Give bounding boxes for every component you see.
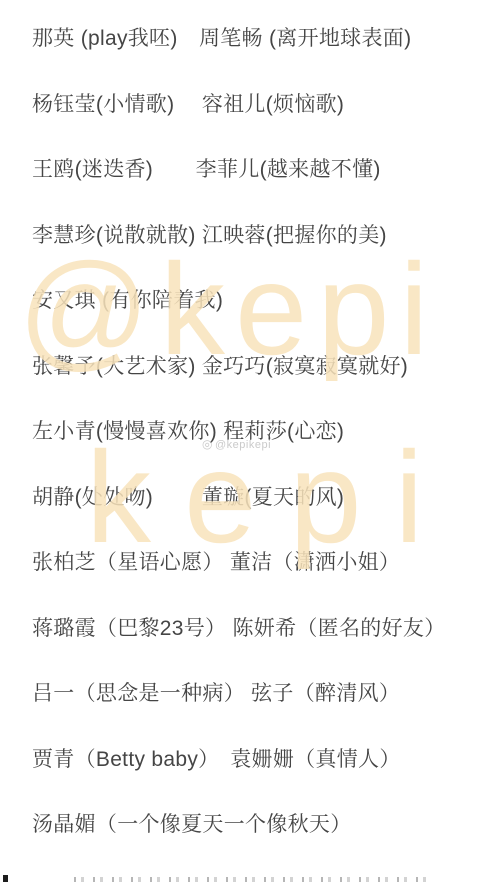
- list-item: 蒋璐霞（巴黎23号） 陈妍希（匿名的好友）: [32, 614, 500, 644]
- list-item: 那英 (play我呸) 周笔畅 (离开地球表面): [32, 24, 500, 54]
- list-item: 安又琪 (有你陪着我): [32, 286, 500, 316]
- list-item: 吕一（思念是一种病） 弦子（醉清风）: [32, 679, 500, 709]
- list-item: 王鸥(迷迭香) 李菲儿(越来越不懂): [32, 155, 500, 185]
- list-item: 胡静(处处吻) 董璇(夏天的风): [32, 483, 500, 513]
- list-item: 左小青(慢慢喜欢你) 程莉莎(心恋): [32, 417, 500, 447]
- screenshot-canvas: 那英 (play我呸) 周笔畅 (离开地球表面) 杨钰莹(小情歌) 容祖儿(烦恼…: [0, 0, 500, 886]
- list-item: 张馨予(大艺术家) 金巧巧(寂寞寂寞就好): [32, 352, 500, 382]
- list-item: 杨钰莹(小情歌) 容祖儿(烦恼歌): [32, 90, 500, 120]
- edge-dot: [3, 875, 8, 882]
- clipped-next-row: [74, 877, 432, 882]
- list-item: 李慧珍(说散就散) 江映蓉(把握你的美): [32, 221, 500, 251]
- list-item: 张柏芝（星语心愿） 董洁（潇洒小姐）: [32, 548, 500, 578]
- list-item: 贾青（Betty baby） 袁姗姗（真情人）: [32, 745, 500, 775]
- list-item: 汤晶媚（一个像夏天一个像秋天）: [32, 810, 500, 840]
